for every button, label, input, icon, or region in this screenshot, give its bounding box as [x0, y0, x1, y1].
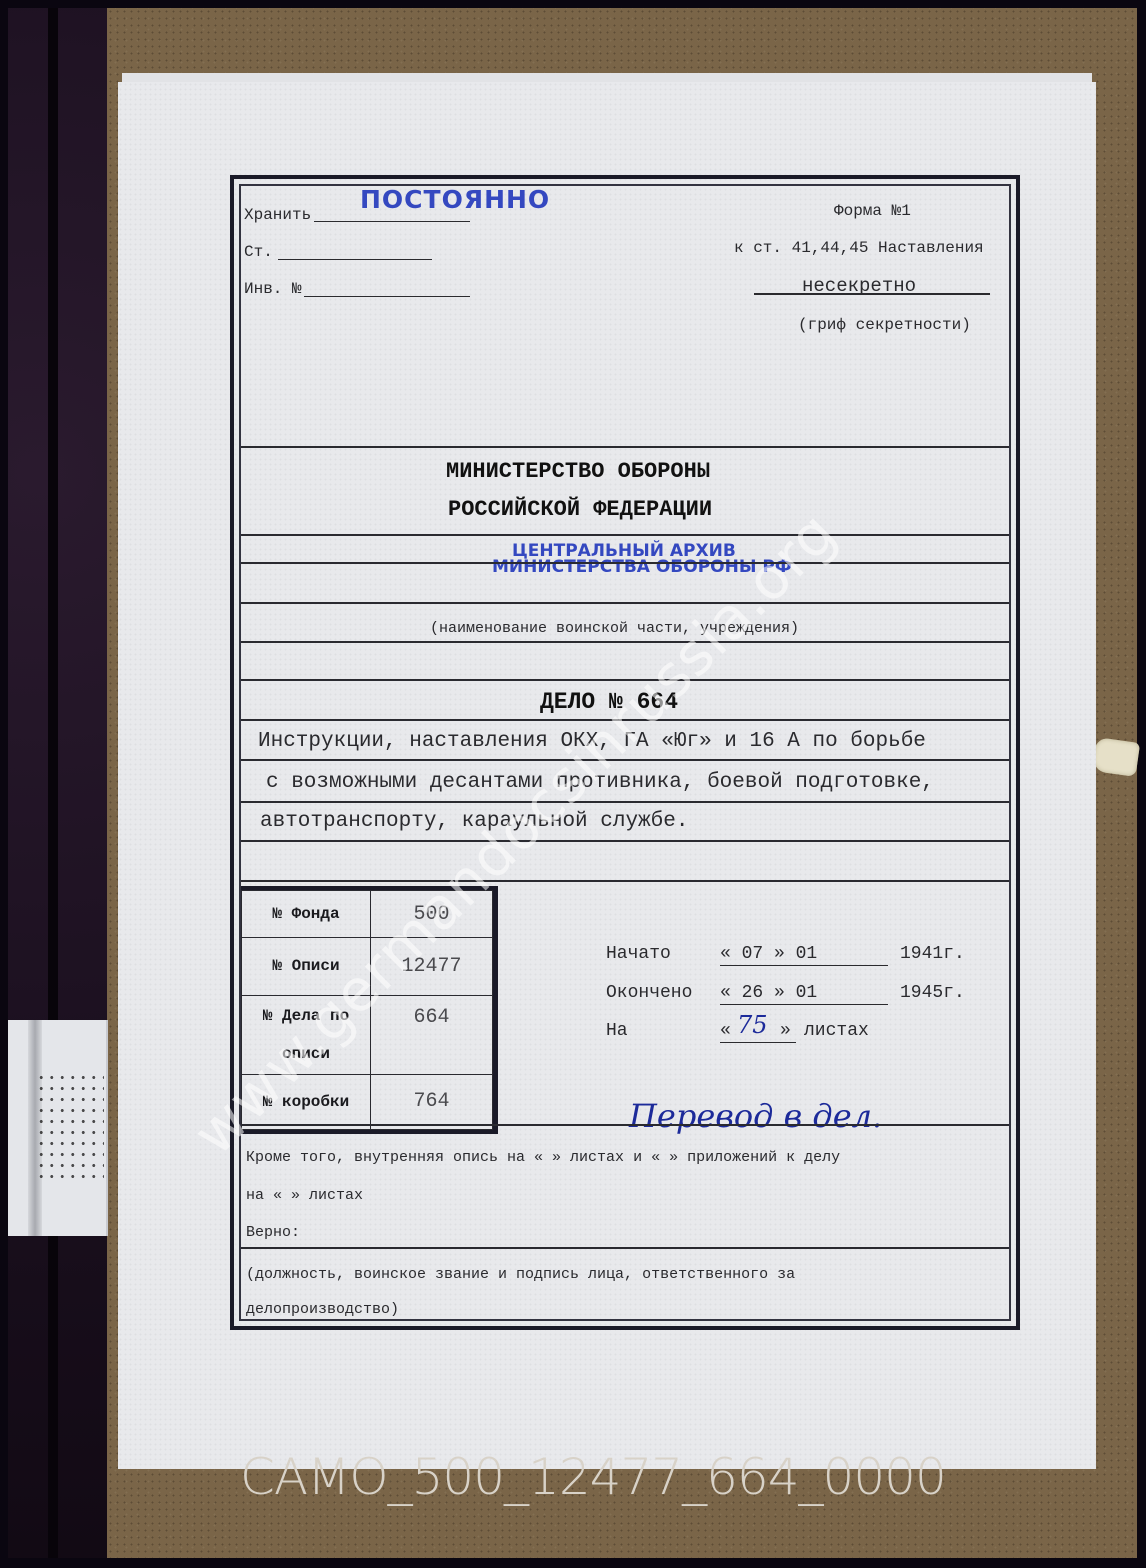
handwritten-note: Перевод в дел.	[629, 1097, 882, 1135]
started-label: Начато	[606, 944, 671, 964]
image-caption: CAMO_500_12477_664_0000	[240, 1448, 946, 1506]
fond-label: № Фонда	[242, 891, 371, 938]
classification-underline	[754, 293, 990, 295]
book-spine-binding	[8, 8, 108, 1558]
ended-year: 1945г.	[900, 983, 965, 1003]
inventory-label: Инв. №	[244, 280, 302, 298]
divider	[241, 562, 1009, 564]
sheets-underline	[720, 1042, 796, 1043]
sheets-close-quote: »	[780, 1021, 791, 1041]
perforation-dots	[36, 1072, 104, 1184]
inventory-underline	[304, 296, 470, 297]
sheets-open-quote: «	[720, 1021, 731, 1041]
form-number: Форма №1	[834, 202, 911, 220]
perforated-tape-label	[8, 1020, 108, 1236]
started-value: « 07 » 01	[720, 944, 817, 964]
sheets-suffix: листах	[804, 1021, 869, 1041]
article-underline	[278, 259, 432, 260]
ministry-line-2: РОССИЙСКОЙ ФЕДЕРАЦИИ	[448, 497, 712, 522]
divider	[241, 534, 1009, 536]
divider	[241, 840, 1009, 842]
spine-groove	[48, 8, 58, 1558]
regulation-reference: к ст. 41,44,45 Наставления	[734, 239, 984, 257]
ended-label: Окончено	[606, 983, 692, 1003]
store-label: Хранить	[244, 206, 311, 224]
store-stamp: ПОСТОЯННО	[360, 185, 550, 214]
ministry-line-1: МИНИСТЕРСТВО ОБОРОНЫ	[446, 459, 710, 484]
box-value: 764	[371, 1074, 493, 1129]
responsible-caption-1: (должность, воинское звание и подпись ли…	[246, 1266, 795, 1283]
internal-inventory-line-1: Кроме того, внутренняя опись на « » лист…	[246, 1149, 840, 1166]
started-underline	[720, 965, 888, 966]
divider	[241, 801, 1009, 803]
ended-underline	[720, 1004, 888, 1005]
divider	[241, 1124, 1009, 1126]
internal-inventory-line-2: на « » листах	[246, 1187, 363, 1204]
store-underline	[314, 221, 470, 222]
ended-value: « 26 » 01	[720, 983, 817, 1003]
divider	[241, 880, 1009, 882]
responsible-caption-2: делопроизводство)	[246, 1301, 399, 1318]
verified-label: Верно:	[246, 1224, 300, 1241]
article-label: Ст.	[244, 243, 273, 261]
divider	[241, 1247, 1009, 1249]
divider	[241, 602, 1009, 604]
sheets-count-handwritten: 75	[737, 1011, 768, 1039]
started-year: 1941г.	[900, 944, 965, 964]
divider	[241, 446, 1009, 448]
divider	[241, 641, 1009, 643]
sheets-label: На	[606, 1021, 628, 1041]
classification-caption: (гриф секретности)	[798, 316, 971, 334]
